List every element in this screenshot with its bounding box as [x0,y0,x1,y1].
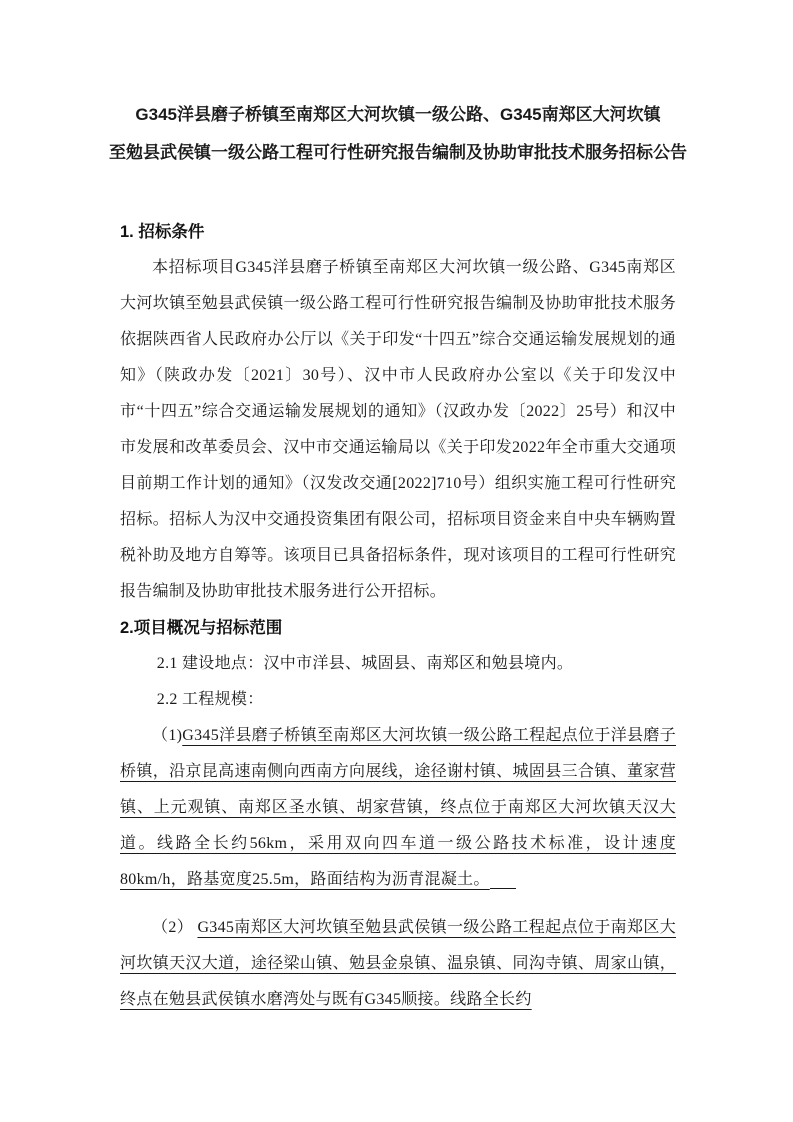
point-1-paragraph: （1)G345洋县磨子桥镇至南郑区大河坎镇一级公路工程起点位于洋县磨子桥镇，沿京… [120,718,676,898]
point-2-label: （2） [152,919,197,936]
section-1-heading: 1. 招标条件 [120,214,676,250]
point-1-label: （1) [152,727,182,744]
point-1-underlined-text: G345洋县磨子桥镇至南郑区大河坎镇一级公路工程起点位于洋县磨子桥镇，沿京昆高速… [120,727,676,888]
point-1-underline-pad [490,888,516,889]
document-page: G345洋县磨子桥镇至南郑区大河坎镇一级公路、G345南郑区大河坎镇 至勉县武侯… [0,0,793,1122]
document-title-line-2: 至勉县武侯镇一级公路工程可行性研究报告编制及协助审批技术服务招标公告 [94,134,702,172]
document-title: G345洋县磨子桥镇至南郑区大河坎镇一级公路、G345南郑区大河坎镇 至勉县武侯… [94,96,702,172]
section-2-heading: 2.项目概况与招标范围 [120,610,676,646]
point-2-underlined-text: G345南郑区大河坎镇至勉县武侯镇一级公路工程起点位于南郑区大河坎镇天汉大道，途… [120,919,676,1008]
item-2-2-scale: 2.2 工程规模： [120,682,676,718]
item-2-1-location: 2.1 建设地点：汉中市洋县、城固县、南郑区和勉县境内。 [120,646,676,682]
document-title-line-1: G345洋县磨子桥镇至南郑区大河坎镇一级公路、G345南郑区大河坎镇 [94,96,702,134]
point-2-paragraph: （2） G345南郑区大河坎镇至勉县武侯镇一级公路工程起点位于南郑区大河坎镇天汉… [120,910,676,1018]
section-1-paragraph: 本招标项目G345洋县磨子桥镇至南郑区大河坎镇一级公路、G345南郑区大河坎镇至… [120,250,676,610]
